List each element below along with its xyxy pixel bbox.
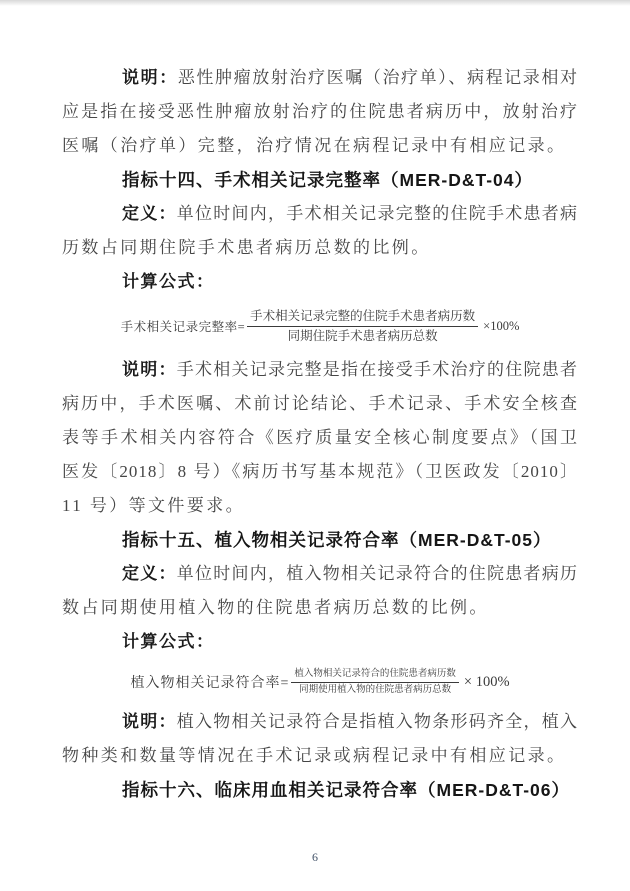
paragraph-line: 说明：植入物相关记录符合是指植入物条形码齐全，植入 xyxy=(62,705,578,739)
paragraph-line: 11 号）等文件要求。 xyxy=(62,489,578,523)
note-lead-label: 说明： xyxy=(122,68,178,87)
indicator-15-section: 指标十五、植入物相关记录符合率（MER-D&T-05） 定义：单位时间内，植入物… xyxy=(62,523,578,773)
paragraph-text: 恶性肿瘤放射治疗医嘱（治疗单）、病程记录相对 xyxy=(178,68,578,87)
formula-fraction: 手术相关记录完整的住院手术患者病历数同期住院手术患者病历总数 xyxy=(247,308,478,345)
formula-lhs: 手术相关记录完整率= xyxy=(121,317,246,335)
paragraph-text: 单位时间内，手术相关记录完整的住院手术患者病 xyxy=(177,204,578,223)
paragraph-line: 定义：单位时间内，植入物相关记录符合的住院患者病历 xyxy=(62,557,578,591)
fraction-denominator: 同期使用植入物的住院患者病历总数 xyxy=(291,683,459,697)
document-content: 说明：恶性肿瘤放射治疗医嘱（治疗单）、病程记录相对 应是指在接受恶性肿瘤放射治疗… xyxy=(62,61,578,807)
paragraph-line: 说明：恶性肿瘤放射治疗医嘱（治疗单）、病程记录相对 xyxy=(62,61,578,95)
paragraph-line: 医发〔2018〕8 号）《病历书写基本规范》（卫医政发〔2010〕 xyxy=(62,455,578,489)
fraction-numerator: 手术相关记录完整的住院手术患者病历数 xyxy=(247,308,478,327)
paragraph-line: 应是指在接受恶性肿瘤放射治疗的住院患者病历中，放射治疗 xyxy=(62,95,578,129)
indicator-14-section: 指标十四、手术相关记录完整率（MER-D&T-04） 定义：单位时间内，手术相关… xyxy=(62,163,578,523)
paragraph-line: 医嘱（治疗单）完整，治疗情况在病程记录中有相应记录。 xyxy=(62,129,578,163)
indicator-16-section: 指标十六、临床用血相关记录符合率（MER-D&T-06） xyxy=(62,773,578,807)
paragraph-text: 手术相关记录完整是指在接受手术治疗的住院患者 xyxy=(177,360,578,379)
formula-fraction: 植入物相关记录符合的住院患者病历数同期使用植入物的住院患者病历总数 xyxy=(291,668,459,697)
paragraph-text: 植入物相关记录符合是指植入物条形码齐全，植入 xyxy=(177,712,578,731)
paragraph-line: 历数占同期住院手术患者病历总数的比例。 xyxy=(62,231,578,265)
paragraph-line: 定义：单位时间内，手术相关记录完整的住院手术患者病 xyxy=(62,197,578,231)
indicator-16-heading: 指标十六、临床用血相关记录符合率（MER-D&T-06） xyxy=(62,773,578,807)
indicator-14-heading: 指标十四、手术相关记录完整率（MER-D&T-04） xyxy=(62,163,578,197)
formula-surgery-record: 手术相关记录完整率=手术相关记录完整的住院手术患者病历数同期住院手术患者病历总数… xyxy=(62,299,578,353)
paragraph-line: 病历中，手术医嘱、术前讨论结论、手术记录、手术安全核查 xyxy=(62,387,578,421)
formula-caption: 计算公式： xyxy=(62,625,578,659)
note-lead-label: 说明： xyxy=(122,712,177,731)
note-lead-label: 说明： xyxy=(122,360,177,379)
definition-lead-label: 定义： xyxy=(122,204,177,223)
paragraph-line: 数占同期使用植入物的住院患者病历总数的比例。 xyxy=(62,591,578,625)
formula-multiplier: × 100% xyxy=(464,674,510,691)
fraction-denominator: 同期住院手术患者病历总数 xyxy=(247,327,478,345)
page-number: 6 xyxy=(0,850,630,865)
paragraph-text: 单位时间内，植入物相关记录符合的住院患者病历 xyxy=(177,564,578,583)
document-page: 说明：恶性肿瘤放射治疗医嘱（治疗单）、病程记录相对 应是指在接受恶性肿瘤放射治疗… xyxy=(0,0,630,891)
formula-lhs: 植入物相关记录符合率= xyxy=(130,672,289,692)
formula-implant-record: 植入物相关记录符合率=植入物相关记录符合的住院患者病历数同期使用植入物的住院患者… xyxy=(62,659,578,705)
fraction-numerator: 植入物相关记录符合的住院患者病历数 xyxy=(291,668,459,683)
indicator-15-heading: 指标十五、植入物相关记录符合率（MER-D&T-05） xyxy=(62,523,578,557)
formula-caption: 计算公式： xyxy=(62,265,578,299)
intro-note-paragraph: 说明：恶性肿瘤放射治疗医嘱（治疗单）、病程记录相对 应是指在接受恶性肿瘤放射治疗… xyxy=(62,61,578,163)
definition-lead-label: 定义： xyxy=(122,564,177,583)
paragraph-line: 说明：手术相关记录完整是指在接受手术治疗的住院患者 xyxy=(62,353,578,387)
paragraph-line: 表等手术相关内容符合《医疗质量安全核心制度要点》（国卫 xyxy=(62,421,578,455)
formula-multiplier: ×100% xyxy=(483,319,519,334)
scan-edge-shadow xyxy=(0,0,630,6)
paragraph-line: 物种类和数量等情况在手术记录或病程记录中有相应记录。 xyxy=(62,739,578,773)
